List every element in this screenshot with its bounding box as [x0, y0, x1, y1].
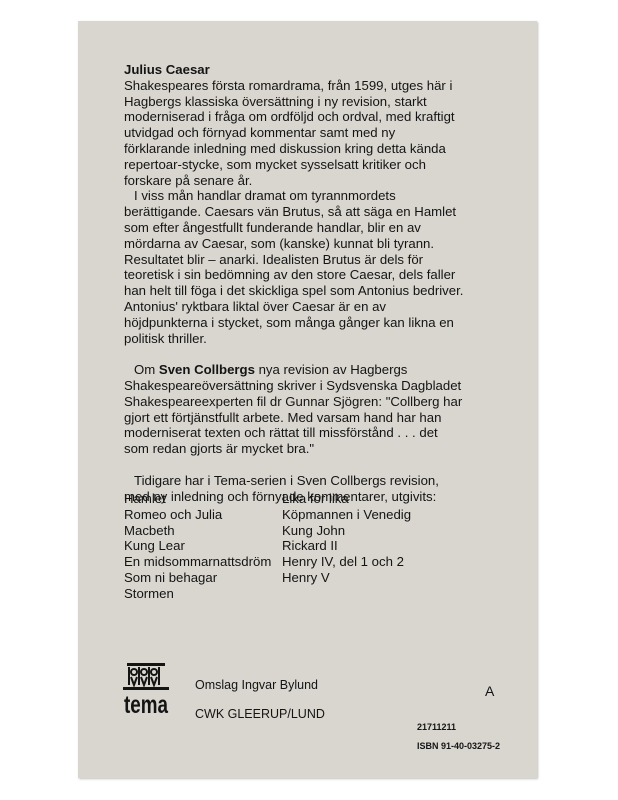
cover-credit: Omslag Ingvar Bylund	[195, 678, 318, 692]
title-item: Stormen	[124, 586, 282, 602]
title-item: Romeo och Julia	[124, 507, 282, 523]
paragraph-intro: Shakespeares första romardrama, från 159…	[124, 78, 464, 189]
product-code: 21711211	[417, 722, 456, 732]
title-item: En midsommarnattsdröm	[124, 554, 282, 570]
title-item: Henry IV, del 1 och 2	[282, 554, 462, 570]
title-list-right: Lika för likaKöpmannen i VenedigKung Joh…	[282, 491, 462, 602]
svg-text:tema: tema	[124, 691, 169, 715]
title-item: Henry V	[282, 570, 462, 586]
title-item: Rickard II	[282, 538, 462, 554]
title-item: Köpmannen i Venedig	[282, 507, 462, 523]
tema-logo-icon: tema	[123, 663, 169, 715]
translator-name: Sven Collbergs	[159, 362, 255, 377]
book-title: Julius Caesar	[124, 62, 464, 78]
review-prefix: Om	[134, 362, 159, 377]
paragraph-plot: I viss mån handlar dramat om tyrannmorde…	[124, 188, 464, 346]
isbn: ISBN 91-40-03275-2	[417, 741, 500, 751]
title-item: Hamlet	[124, 491, 282, 507]
blurb: Julius Caesar Shakespeares första romard…	[124, 62, 464, 504]
title-lists: HamletRomeo och JuliaMacbethKung LearEn …	[124, 491, 464, 602]
paragraph-review: Om Sven Collbergs nya revision av Hagber…	[124, 362, 464, 457]
edition-letter: A	[485, 683, 494, 699]
title-item: Kung John	[282, 523, 462, 539]
publisher: CWK GLEERUP/LUND	[195, 707, 325, 721]
title-item: Som ni behagar	[124, 570, 282, 586]
title-list-left: HamletRomeo och JuliaMacbethKung LearEn …	[124, 491, 282, 602]
title-item: Lika för lika	[282, 491, 462, 507]
title-item: Kung Lear	[124, 538, 282, 554]
title-item: Macbeth	[124, 523, 282, 539]
